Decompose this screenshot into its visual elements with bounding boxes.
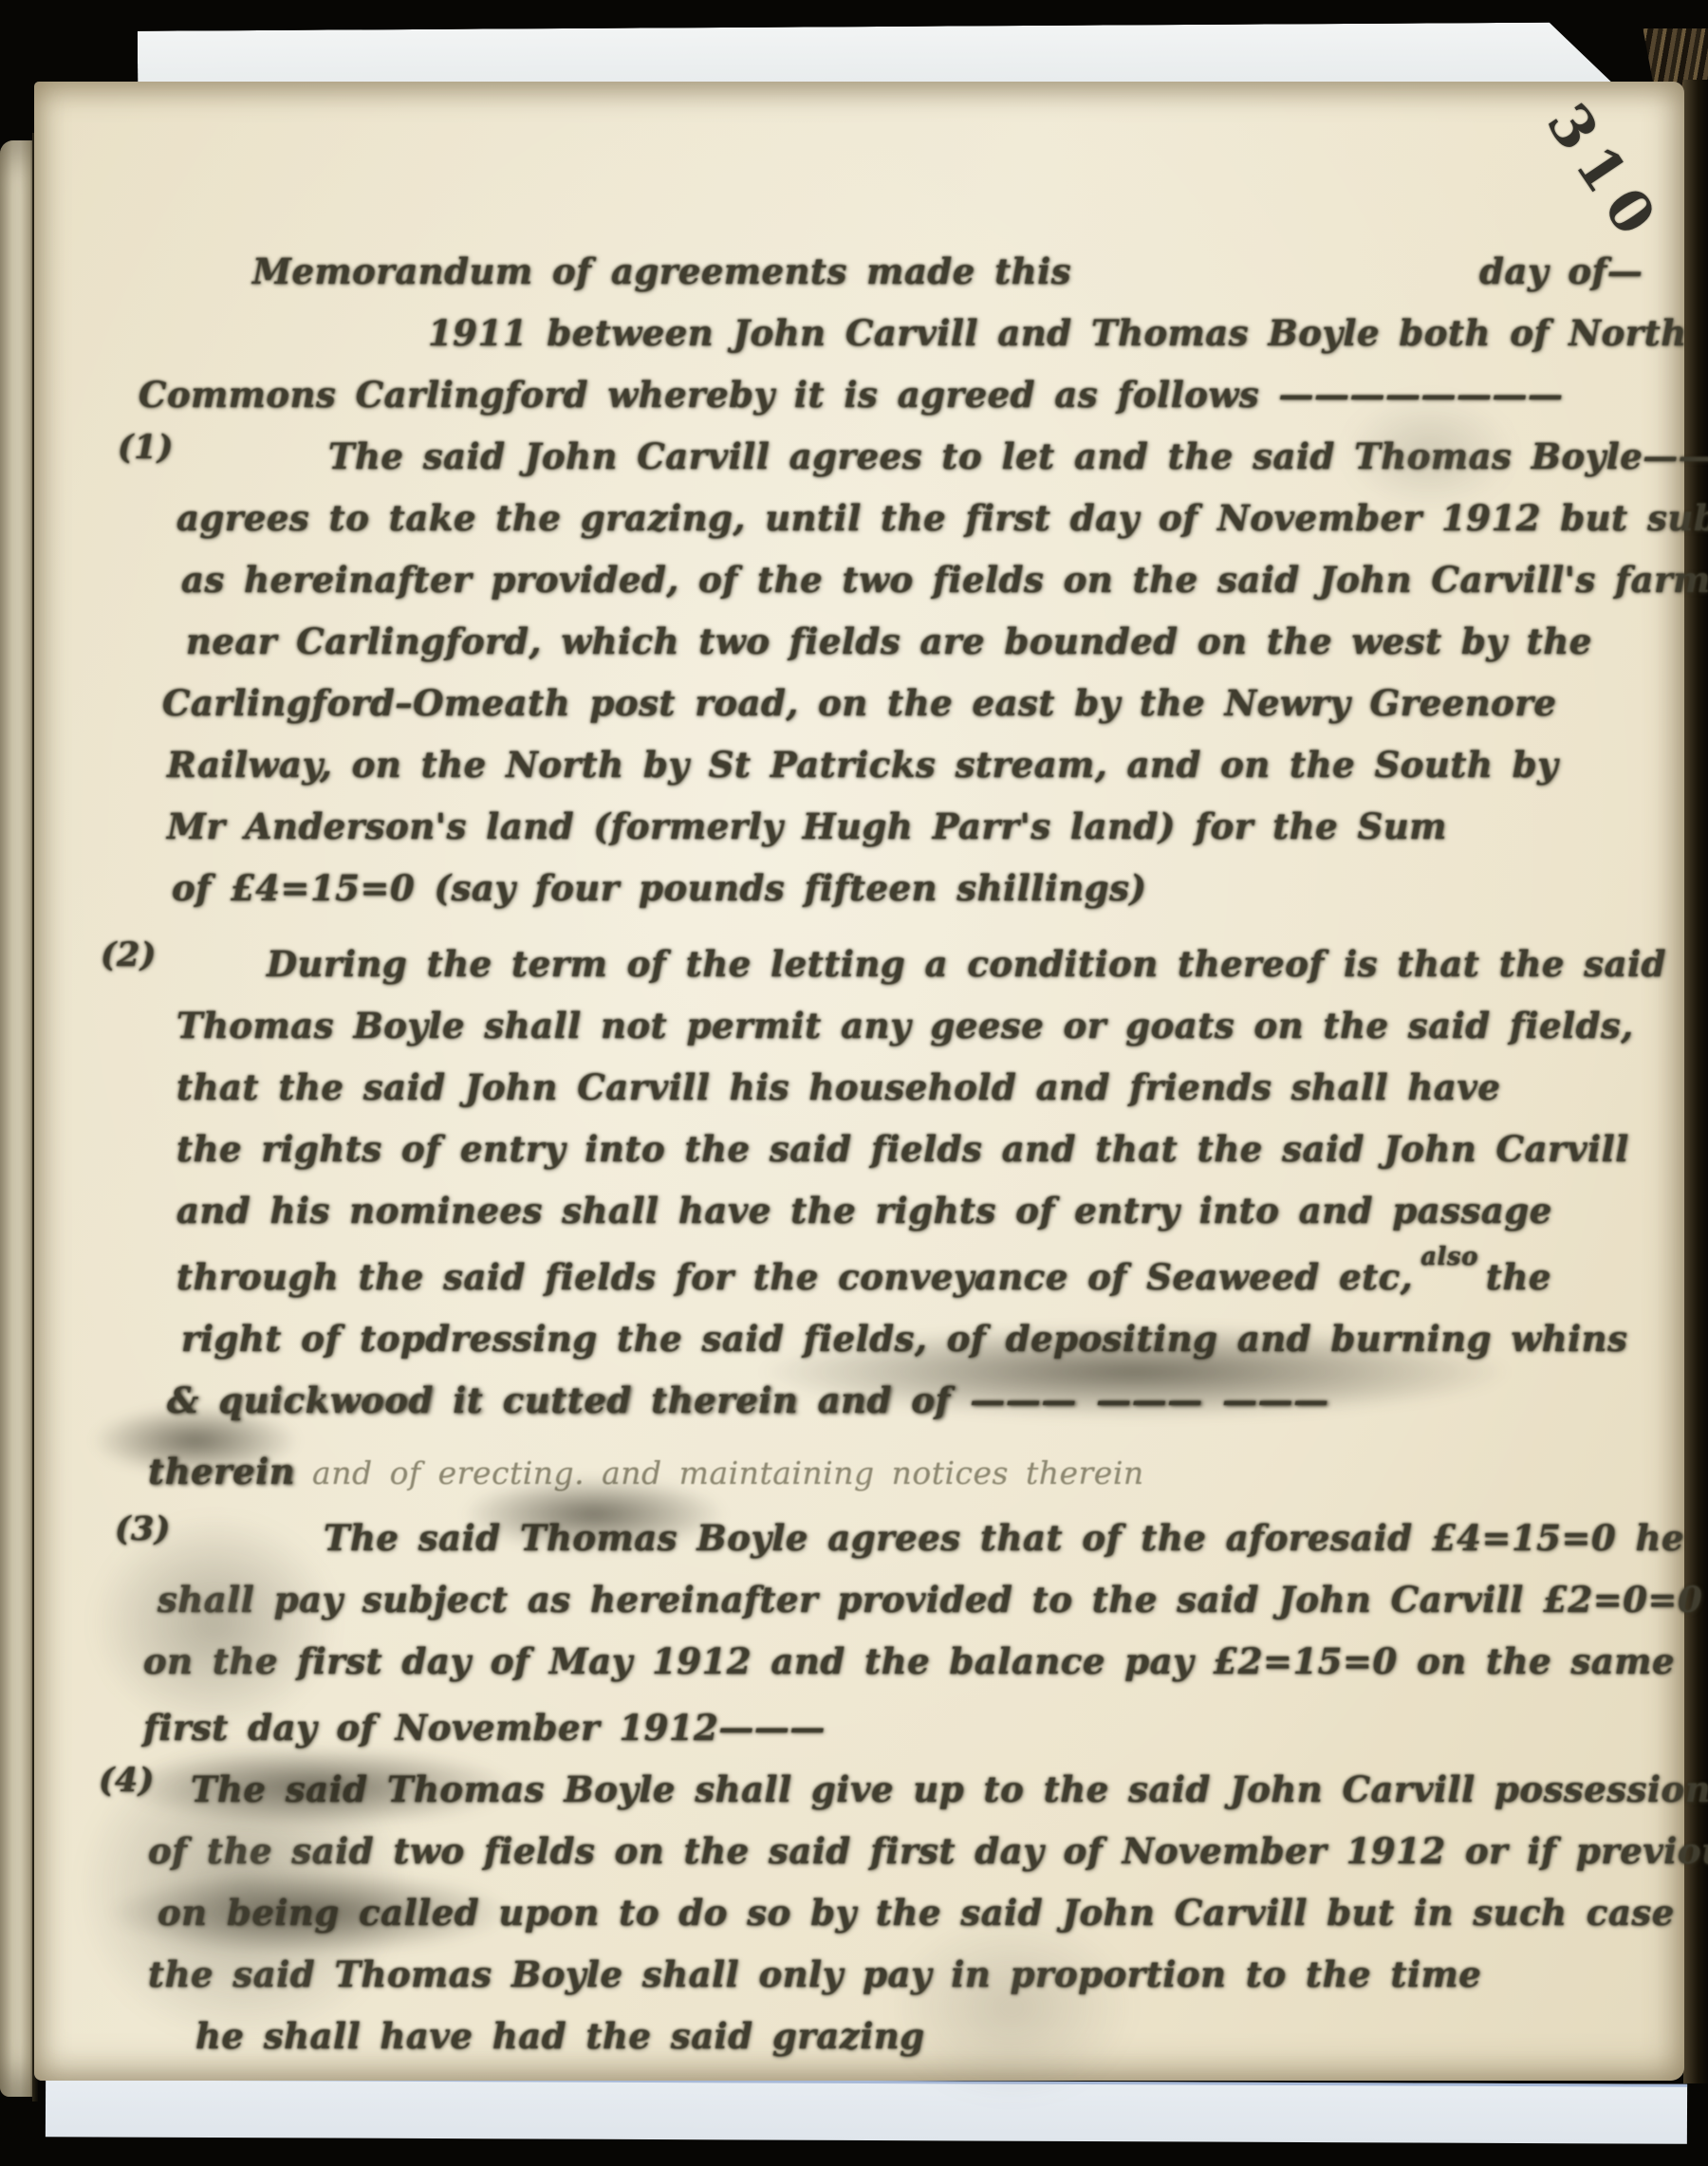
manuscript-lines: Memorandum of agreements made thisday of… <box>129 250 1657 2077</box>
book-scan: { "page": { "number": "310", "kind": "ha… <box>0 0 1708 2166</box>
handwritten-text: shall pay subject as hereinafter provide… <box>158 1579 1702 1620</box>
handwritten-text: The said Thomas Boyle agrees that of the… <box>324 1517 1684 1559</box>
manuscript-line: Memorandum of agreements made thisday of… <box>129 250 1657 312</box>
manuscript-line: the said Thomas Boyle shall only pay in … <box>129 1953 1657 2015</box>
manuscript-line: Carlingford–Omeath post road, on the eas… <box>129 682 1657 744</box>
handwritten-text: and of erecting. and maintaining notices… <box>295 1454 1144 1491</box>
handwritten-text: Commons Carlingford whereby it is agreed… <box>139 374 1564 416</box>
handwritten-text: Carlingford–Omeath post road, on the eas… <box>162 682 1556 724</box>
handwritten-text: Thomas Boyle shall not permit any geese … <box>176 1005 1634 1046</box>
clause-number: (4) <box>99 1761 155 1800</box>
manuscript-line: right of topdressing the said fields, of… <box>129 1318 1657 1379</box>
folio-number: 310 <box>1533 92 1668 247</box>
clause-number: (2) <box>101 935 157 974</box>
handwritten-text: 1911 between John Carvill and Thomas Boy… <box>428 312 1687 354</box>
handwritten-text: & quickwood it cutted therein and of <box>167 1379 970 1421</box>
manuscript-line: (4)The said Thomas Boyle shall give up t… <box>129 1768 1657 1830</box>
manuscript-line: (2)During the term of the letting a cond… <box>129 943 1657 1005</box>
handwritten-text: also <box>1420 1243 1478 1271</box>
handwritten-text: Mr Anderson's land (formerly Hugh Parr's… <box>167 805 1447 847</box>
handwritten-text: first day of November 1912——— <box>143 1707 826 1749</box>
manuscript-line: on the first day of May 1912 and the bal… <box>129 1640 1657 1702</box>
manuscript-line: & quickwood it cutted therein and of ———… <box>129 1379 1657 1441</box>
manuscript-line: that the said John Carvill his household… <box>129 1066 1657 1128</box>
handwritten-text: Memorandum of agreements made this <box>252 250 1071 292</box>
manuscript-line: shall pay subject as hereinafter provide… <box>129 1579 1657 1640</box>
handwritten-text: During the term of the letting a conditi… <box>267 943 1666 985</box>
manuscript-line: agrees to take the grazing, until the fi… <box>129 497 1657 559</box>
manuscript-line: near Carlingford, which two fields are b… <box>129 620 1657 682</box>
manuscript-line: Thomas Boyle shall not permit any geese … <box>129 1005 1657 1066</box>
handwritten-text: and his nominees shall have the rights o… <box>176 1190 1552 1231</box>
handwritten-text: as hereinafter provided, of the two fiel… <box>181 559 1708 601</box>
handwritten-text: on the first day of May 1912 and the bal… <box>143 1640 1675 1682</box>
handwritten-text: of £4=15=0 (say four pounds fifteen shil… <box>172 867 1147 909</box>
manuscript-line: of £4=15=0 (say four pounds fifteen shil… <box>129 867 1657 929</box>
previous-page-edge <box>0 140 34 2097</box>
handwritten-text: day of— <box>1479 250 1643 292</box>
manuscript-line: therein and of erecting. and maintaining… <box>129 1451 1657 1512</box>
handwritten-text: agrees to take the grazing, until the fi… <box>176 497 1708 539</box>
manuscript-line: (3)The said Thomas Boyle agrees that of … <box>129 1517 1657 1579</box>
handwritten-text: the rights of entry into the said fields… <box>176 1128 1629 1170</box>
handwritten-text: The said Thomas Boyle shall give up to t… <box>191 1768 1708 1810</box>
manuscript-line: the rights of entry into the said fields… <box>129 1128 1657 1190</box>
manuscript-page: 310 Memorandum of agreements made thisda… <box>34 82 1684 2081</box>
manuscript-line: he shall have had the said grazing <box>129 2015 1657 2077</box>
handwritten-text: the said Thomas Boyle shall only pay in … <box>148 1953 1481 1995</box>
manuscript-line: as hereinafter provided, of the two fiel… <box>129 559 1657 620</box>
manuscript-line: of the said two fields on the said first… <box>129 1830 1657 1892</box>
handwritten-text: near Carlingford, which two fields are b… <box>186 620 1592 662</box>
handwritten-text: right of topdressing the said fields, of… <box>181 1318 1627 1360</box>
handwritten-text: of the said two fields on the said first… <box>148 1830 1708 1872</box>
handwritten-text: Railway, on the North by St Patricks str… <box>167 744 1558 786</box>
handwritten-text: the <box>1486 1256 1551 1298</box>
manuscript-line: Commons Carlingford whereby it is agreed… <box>129 374 1657 435</box>
clause-number: (1) <box>118 428 174 467</box>
handwritten-text: on being called upon to do so by the sai… <box>158 1892 1675 1934</box>
manuscript-line: Railway, on the North by St Patricks str… <box>129 744 1657 805</box>
manuscript-line: (1)The said John Carvill agrees to let a… <box>129 435 1657 497</box>
handwritten-text: therein <box>148 1451 295 1492</box>
handwritten-text: ——— ——— ——— <box>970 1379 1328 1421</box>
handwritten-text: through the said fields for the conveyan… <box>176 1256 1413 1298</box>
manuscript-line: on being called upon to do so by the sai… <box>129 1892 1657 1953</box>
manuscript-line: 1911 between John Carvill and Thomas Boy… <box>129 312 1657 374</box>
manuscript-line: through the said fields for the conveyan… <box>129 1256 1657 1318</box>
clause-number: (3) <box>115 1509 171 1548</box>
manuscript-line: first day of November 1912——— <box>129 1707 1657 1768</box>
manuscript-line: Mr Anderson's land (formerly Hugh Parr's… <box>129 805 1657 867</box>
handwritten-text: he shall have had the said grazing <box>195 2015 925 2057</box>
handwritten-text: The said John Carvill agrees to let and … <box>328 435 1708 477</box>
tissue-interleaf-bottom <box>46 2077 1687 2144</box>
handwritten-text: that the said John Carvill his household… <box>176 1066 1500 1108</box>
